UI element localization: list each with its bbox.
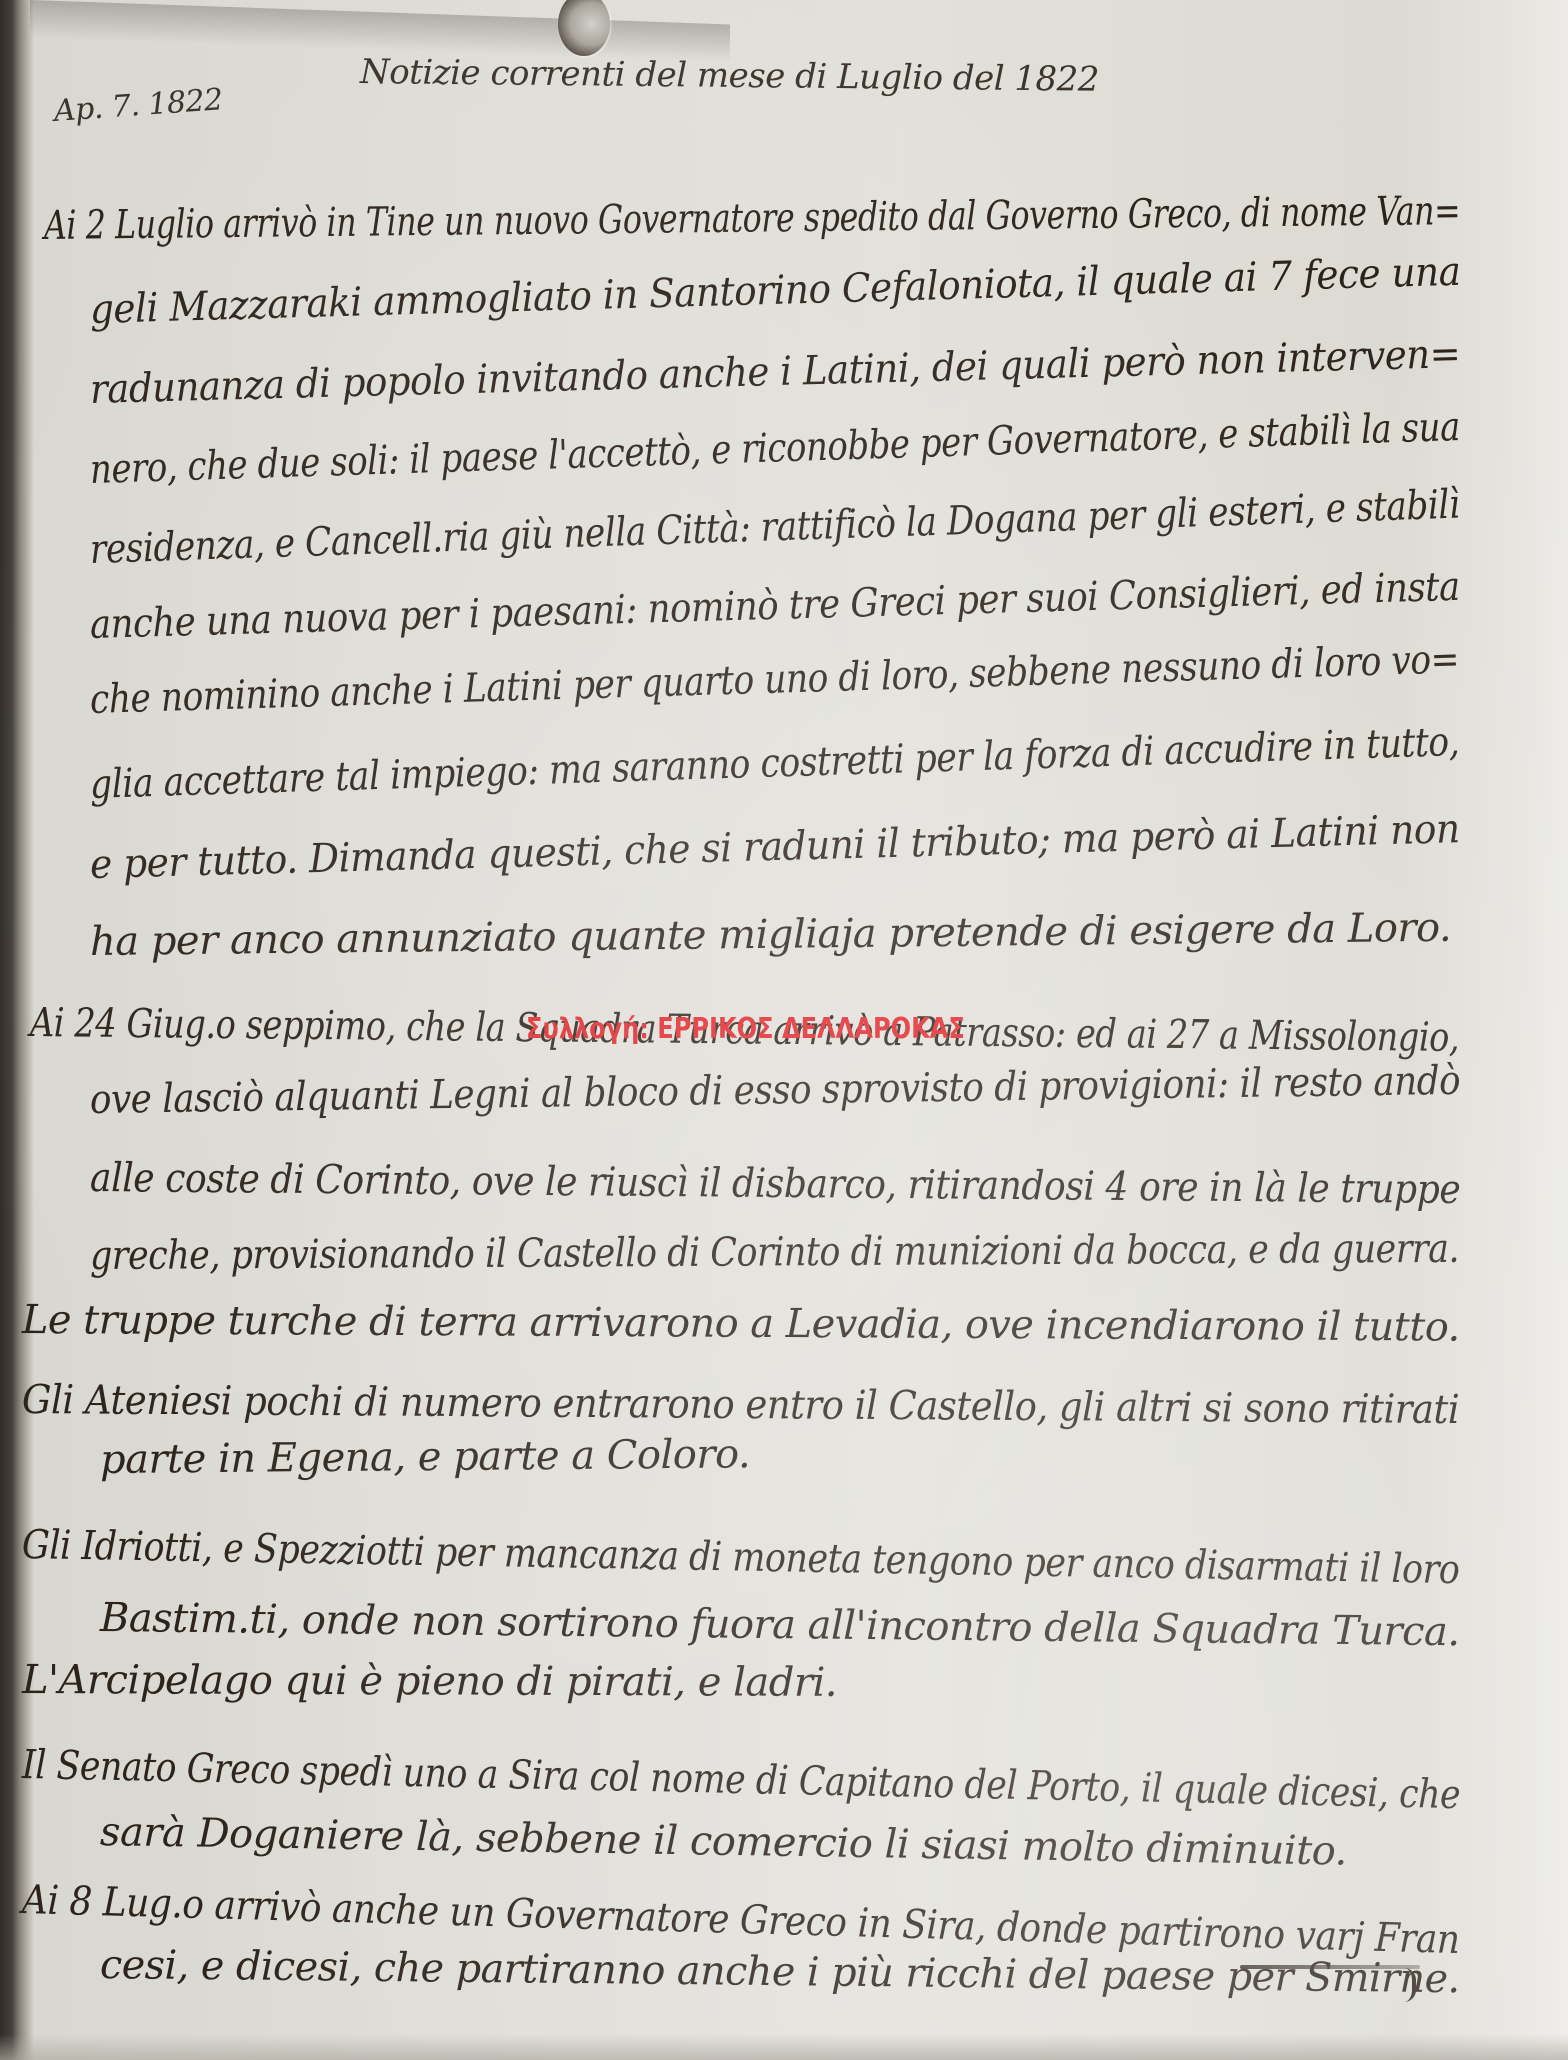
- manuscript-line: anche una nuova per i paesani: nominò tr…: [89, 567, 1460, 645]
- manuscript-line: alle coste di Corinto, ove le riuscì il …: [90, 1158, 1461, 1210]
- manuscript-line: Le truppe turche di terra arrivarono a L…: [22, 1300, 1460, 1348]
- manuscript-line: che nominino anche i Latini per quarto u…: [89, 639, 1459, 720]
- manuscript-line: geli Mazzaraki ammogliato in Santorino C…: [89, 252, 1460, 330]
- margin-note: Ap. 7. 1822: [53, 82, 224, 129]
- document-photo: Notizie correnti del mese di Luglio del …: [0, 0, 1568, 2060]
- manuscript-line: parte in Egena, e parte a Coloro.: [100, 1434, 750, 1480]
- manuscript-line: nero, che due soli: il paese l'accettò, …: [89, 407, 1460, 490]
- manuscript-line: Bastim.ti, onde non sortirono fuora all'…: [100, 1598, 1460, 1652]
- collection-watermark: Συλλογή: ΕΡΡΙΚΟΣ ΔΕΛΛΑΡΟΚΑΣ: [526, 1012, 965, 1045]
- manuscript-line: sarà Doganiere là, sebbene il comercio l…: [100, 1812, 1347, 1872]
- manuscript-line: Ai 2 Luglio arrivò in Tine un nuovo Gove…: [44, 191, 1461, 246]
- manuscript-line: Gli Idriotti, e Spezziotti per mancanza …: [22, 1525, 1460, 1590]
- manuscript-line: glia accettare tal impiego: ma saranno c…: [89, 722, 1459, 805]
- manuscript-line: Gli Ateniesi pochi di numero entrarono e…: [22, 1380, 1459, 1430]
- manuscript-line: ha per anco annunziato quante migliaja p…: [90, 908, 1452, 962]
- document-title: Notizie correnti del mese di Luglio del …: [360, 52, 1099, 100]
- manuscript-line: e per tutto. Dimanda questi, che si radu…: [89, 809, 1460, 885]
- manuscript-line: residenza, e Cancell.ria giù nella Città…: [89, 485, 1460, 570]
- page-bottom-edge: [0, 2034, 1568, 2060]
- manuscript-line: cesi, e dicesi, che partiranno anche i p…: [100, 1945, 1460, 1999]
- manuscript-line: Il Senato Greco spedì uno a Sira col nom…: [22, 1745, 1461, 1815]
- manuscript-line: L'Arcipelago qui è pieno di pirati, e la…: [22, 1660, 837, 1703]
- manuscript-line: ove lasciò alquanti Legni al bloco di es…: [90, 1061, 1461, 1120]
- manuscript-line: radunanza di popolo invitando anche i La…: [89, 334, 1460, 410]
- end-flourish-hook: [1400, 1968, 1416, 2002]
- manuscript-line: greche, provisionando il Castello di Cor…: [90, 1229, 1459, 1276]
- end-flourish: [1240, 1965, 1420, 1969]
